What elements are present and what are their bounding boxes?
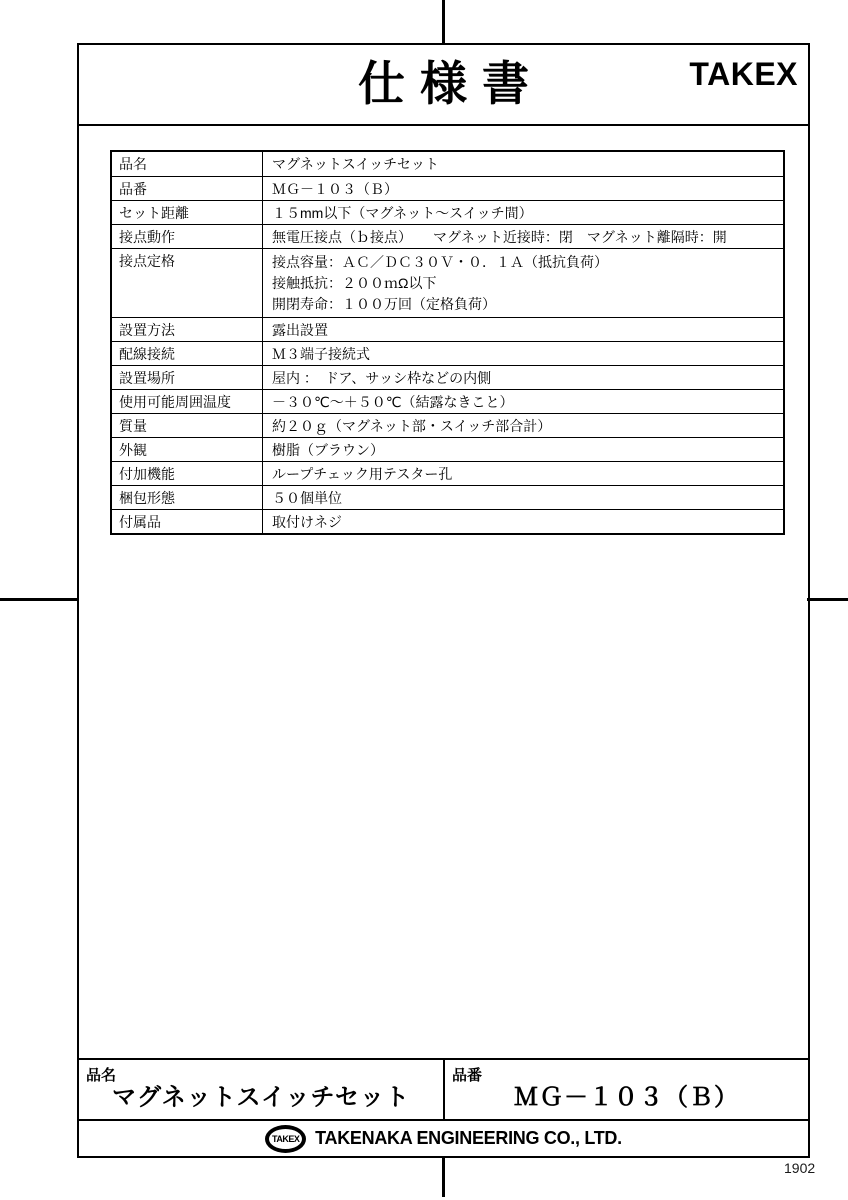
table-row-contact-operation: 接点動作 無電圧接点（ｂ接点） マグネット近接時：閉 マグネット離隔時：開 (112, 224, 783, 248)
document-body: 品名 マグネットスイッチセット 品番 ＭＧ－１０３（Ｂ） セット距離 １５mm以… (79, 126, 808, 1058)
spec-label: 設置方法 (112, 318, 263, 341)
spec-label: 使用可能周囲温度 (112, 390, 263, 413)
table-row-installation-method: 設置方法 露出設置 (112, 317, 783, 341)
table-row-operating-temperature: 使用可能周囲温度 －３０℃～＋５０℃（結露なきこと） (112, 389, 783, 413)
spec-value-line: 接点容量：ＡＣ／ＤＣ３０Ｖ・０．１Ａ（抵抗負荷） (272, 252, 779, 273)
spec-value: Ｍ３端子接続式 (263, 342, 783, 365)
spec-value-line: 開閉寿命：１００万回（定格負荷） (272, 294, 779, 315)
spec-value-line: 無電圧接点（ｂ接点） マグネット近接時：閉 マグネット離隔時：開 (272, 229, 779, 246)
table-row-set-distance: セット距離 １５mm以下（マグネット～スイッチ間） (112, 200, 783, 224)
spec-value: 接点容量：ＡＣ／ＤＣ３０Ｖ・０．１Ａ（抵抗負荷） 接触抵抗：２００ｍΩ以下 開閉… (263, 249, 783, 317)
spec-value: 取付けネジ (263, 510, 783, 533)
spec-table: 品名 マグネットスイッチセット 品番 ＭＧ－１０３（Ｂ） セット距離 １５mm以… (110, 150, 785, 535)
table-row-additional-function: 付加機能 ループチェック用テスター孔 (112, 461, 783, 485)
spec-label: 接点動作 (112, 225, 263, 248)
page-number: 1902 (784, 1160, 815, 1176)
spec-value-line: 屋内 ： ドア、サッシ枠などの内側 (272, 370, 779, 387)
registration-mark-left (0, 598, 79, 601)
spec-label: 設置場所 (112, 366, 263, 389)
spec-label: 質量 (112, 414, 263, 437)
spec-label: 付属品 (112, 510, 263, 533)
spec-value-line: ループチェック用テスター孔 (272, 466, 779, 483)
summary-number-label: 品番 (452, 1064, 482, 1085)
spec-label: 付加機能 (112, 462, 263, 485)
table-row-mass: 質量 約２０ｇ（マグネット部・スイッチ部合計） (112, 413, 783, 437)
summary-product-name-cell: 品名 マグネットスイッチセット (79, 1060, 445, 1119)
document-frame: 仕様書 TAKEX 品名 マグネットスイッチセット 品番 ＭＧ－１０３（Ｂ） (77, 43, 810, 1158)
summary-model-number-cell: 品番 ＭＧ－１０３（Ｂ） (445, 1060, 808, 1119)
table-row-model-number: 品番 ＭＧ－１０３（Ｂ） (112, 176, 783, 200)
spec-value-line: 約２０ｇ（マグネット部・スイッチ部合計） (272, 418, 779, 435)
spec-value: 屋内 ： ドア、サッシ枠などの内側 (263, 366, 783, 389)
table-row-accessories: 付属品 取付けネジ (112, 509, 783, 533)
spec-label: 梱包形態 (112, 486, 263, 509)
spec-value-line: １５mm以下（マグネット～スイッチ間） (272, 205, 779, 222)
spec-value-line: 露出設置 (272, 322, 779, 339)
spec-value: 無電圧接点（ｂ接点） マグネット近接時：閉 マグネット離隔時：開 (263, 225, 783, 248)
table-row-product-name: 品名 マグネットスイッチセット (112, 152, 783, 176)
company-name: TAKENAKA ENGINEERING CO., LTD. (315, 1128, 622, 1149)
spec-label: 品番 (112, 177, 263, 200)
table-row-contact-rating: 接点定格 接点容量：ＡＣ／ＤＣ３０Ｖ・０．１Ａ（抵抗負荷） 接触抵抗：２００ｍΩ… (112, 248, 783, 317)
registration-mark-right (807, 598, 848, 601)
spec-label: 接点定格 (112, 249, 263, 317)
table-row-installation-location: 設置場所 屋内 ： ドア、サッシ枠などの内側 (112, 365, 783, 389)
takex-oval-logo-icon: TAKEX (265, 1125, 306, 1153)
spec-value: －３０℃～＋５０℃（結露なきこと） (263, 390, 783, 413)
table-row-packing-form: 梱包形態 ５０個単位 (112, 485, 783, 509)
spec-label: 品名 (112, 152, 263, 176)
spec-value-line: ＭＧ－１０３（Ｂ） (272, 181, 779, 198)
spec-value: ５０個単位 (263, 486, 783, 509)
summary-name-label: 品名 (86, 1064, 116, 1085)
table-row-appearance: 外観 樹脂（ブラウン） (112, 437, 783, 461)
spec-value: ＭＧ－１０３（Ｂ） (263, 177, 783, 200)
spec-value-line: マグネットスイッチセット (272, 156, 779, 173)
spec-value: 樹脂（ブラウン） (263, 438, 783, 461)
spec-value: １５mm以下（マグネット～スイッチ間） (263, 201, 783, 224)
summary-name-value: マグネットスイッチセット (79, 1077, 443, 1112)
spec-value-line: －３０℃～＋５０℃（結露なきこと） (272, 394, 779, 411)
registration-mark-top (442, 0, 445, 44)
spec-value-line: 取付けネジ (272, 514, 779, 531)
spec-value-line: ５０個単位 (272, 490, 779, 507)
table-row-wiring-connection: 配線接続 Ｍ３端子接続式 (112, 341, 783, 365)
spec-value-line: 樹脂（ブラウン） (272, 442, 779, 459)
document-header: 仕様書 TAKEX (79, 45, 808, 126)
spec-label: 外観 (112, 438, 263, 461)
spec-value: 約２０ｇ（マグネット部・スイッチ部合計） (263, 414, 783, 437)
summary-number-value: ＭＧ－１０３（Ｂ） (445, 1077, 808, 1112)
takex-oval-logo-text: TAKEX (272, 1134, 299, 1144)
product-summary-row: 品名 マグネットスイッチセット 品番 ＭＧ－１０３（Ｂ） (79, 1058, 808, 1119)
takex-brand-logo: TAKEX (689, 56, 798, 93)
spec-value: マグネットスイッチセット (263, 152, 783, 176)
spec-value-line: 接触抵抗：２００ｍΩ以下 (272, 273, 779, 294)
spec-sheet-page: 仕様書 TAKEX 品名 マグネットスイッチセット 品番 ＭＧ－１０３（Ｂ） (0, 0, 848, 1200)
spec-label: セット距離 (112, 201, 263, 224)
spec-value: 露出設置 (263, 318, 783, 341)
registration-mark-bottom (442, 1157, 445, 1197)
company-footer: TAKEX TAKENAKA ENGINEERING CO., LTD. (79, 1119, 808, 1156)
spec-value: ループチェック用テスター孔 (263, 462, 783, 485)
spec-value-line: Ｍ３端子接続式 (272, 346, 779, 363)
spec-label: 配線接続 (112, 342, 263, 365)
